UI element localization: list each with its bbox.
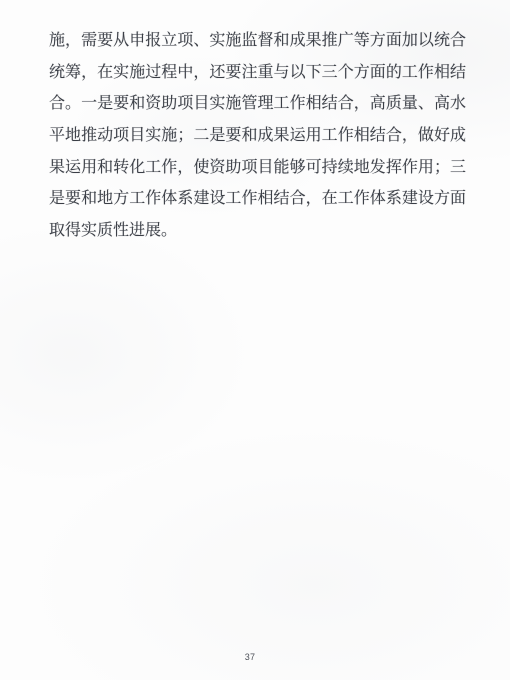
text-line: 果运用和转化工作，使资助项目能够可持续地发挥作用；三 [49,152,466,184]
body-text: 施，需要从申报立项、实施监督和成果推广等方面加以统合 统筹，在实施过程中，还要注… [49,25,466,247]
text-line: 统筹，在实施过程中，还要注重与以下三个方面的工作相结 [49,57,466,89]
page-number: 37 [0,652,500,662]
text-line: 平地推动项目实施；二是要和成果运用工作相结合，做好成 [49,120,466,152]
document-page: 施，需要从申报立项、实施监督和成果推广等方面加以统合 统筹，在实施过程中，还要注… [0,0,510,680]
text-line: 是要和地方工作体系建设工作相结合，在工作体系建设方面 [49,183,466,215]
text-line: 施，需要从申报立项、实施监督和成果推广等方面加以统合 [49,25,466,57]
text-line: 合。一是要和资助项目实施管理工作相结合，高质量、高水 [49,88,466,120]
text-line: 取得实质性进展。 [49,215,466,247]
